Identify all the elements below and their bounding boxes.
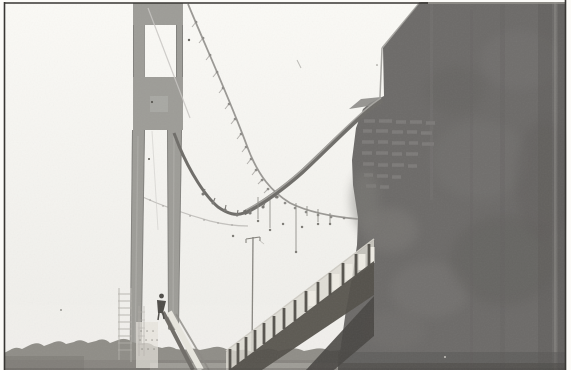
film-grain-overlay (4, 2, 567, 370)
photo-frame (0, 0, 571, 370)
margin-top (0, 0, 571, 2)
margin-left (0, 0, 4, 370)
margin-right (568, 0, 571, 370)
bridge-photograph (0, 0, 571, 370)
